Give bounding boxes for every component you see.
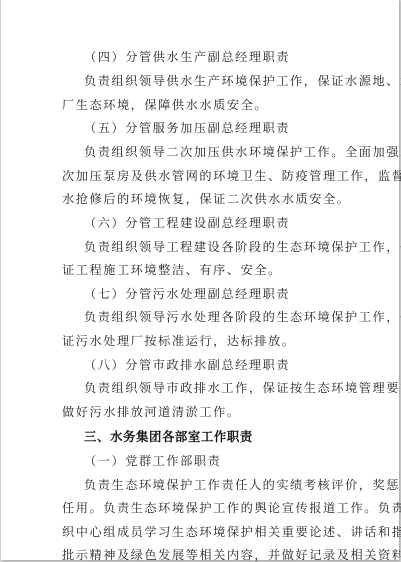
paragraph-line: 负责组织领导污水处理各阶段的生态环境保护工作，保: [84, 310, 401, 324]
paragraph-line: 负责生态环境保护工作责任人的实绩考核评价，奖惩: [84, 478, 400, 492]
paragraph-line: 证工程施工环境整洁、有序、安全。: [62, 263, 282, 277]
paragraph-line: 次加压泵房及供水管网的环境卫生、防疫管理工作，监督供: [62, 169, 401, 183]
paragraph-line: 证污水处理厂按标准运行，达标排放。: [62, 334, 296, 348]
heading-supply-production: （四）分管供水生产副总经理职责: [84, 50, 290, 64]
paragraph-line: 负责组织领导二次加压供水环境保护工作。全面加强二: [84, 145, 401, 159]
heading-sewage: （七）分管污水处理副总经理职责: [84, 287, 290, 301]
heading-municipal-drainage: （八）分管市政排水副总经理职责: [84, 358, 290, 372]
paragraph-line: 做好污水排放河道清淤工作。: [62, 405, 241, 419]
paragraph-line: 批示精神及绿色发展等相关内容，并做好记录及相关资料的: [62, 548, 401, 562]
paragraph-line: 织中心组成员学习生态环境保护相关重要论述、讲话和指示: [62, 525, 401, 539]
paragraph-line: 厂生态环境，保障供水水质安全。: [62, 98, 268, 112]
paragraph-line: 任用。负责生态环境保护工作的舆论宣传报道工作。负责组: [62, 501, 401, 515]
heading-party-affairs: （一）党群工作部职责: [84, 454, 221, 468]
heading-engineering: （六）分管工程建设副总经理职责: [84, 216, 290, 230]
document-page: （四）分管供水生产副总经理职责 负责组织领导供水生产环境保护工作，保证水源地、水…: [1, 0, 399, 560]
paragraph-line: 负责组织领导工程建设各阶段的生态环境保护工作，保: [84, 240, 401, 254]
section-heading-departments: 三、水务集团各部室工作职责: [84, 430, 253, 444]
paragraph-line: 水抢修后的环境恢复，保证二次供水水质安全。: [62, 192, 351, 206]
paragraph-line: 负责组织领导供水生产环境保护工作，保证水源地、水: [84, 74, 401, 88]
heading-service-pressurization: （五）分管服务加压副总经理职责: [84, 121, 290, 135]
paragraph-line: 负责组织领导市政排水工作，保证按生态环境管理要求: [84, 381, 401, 395]
